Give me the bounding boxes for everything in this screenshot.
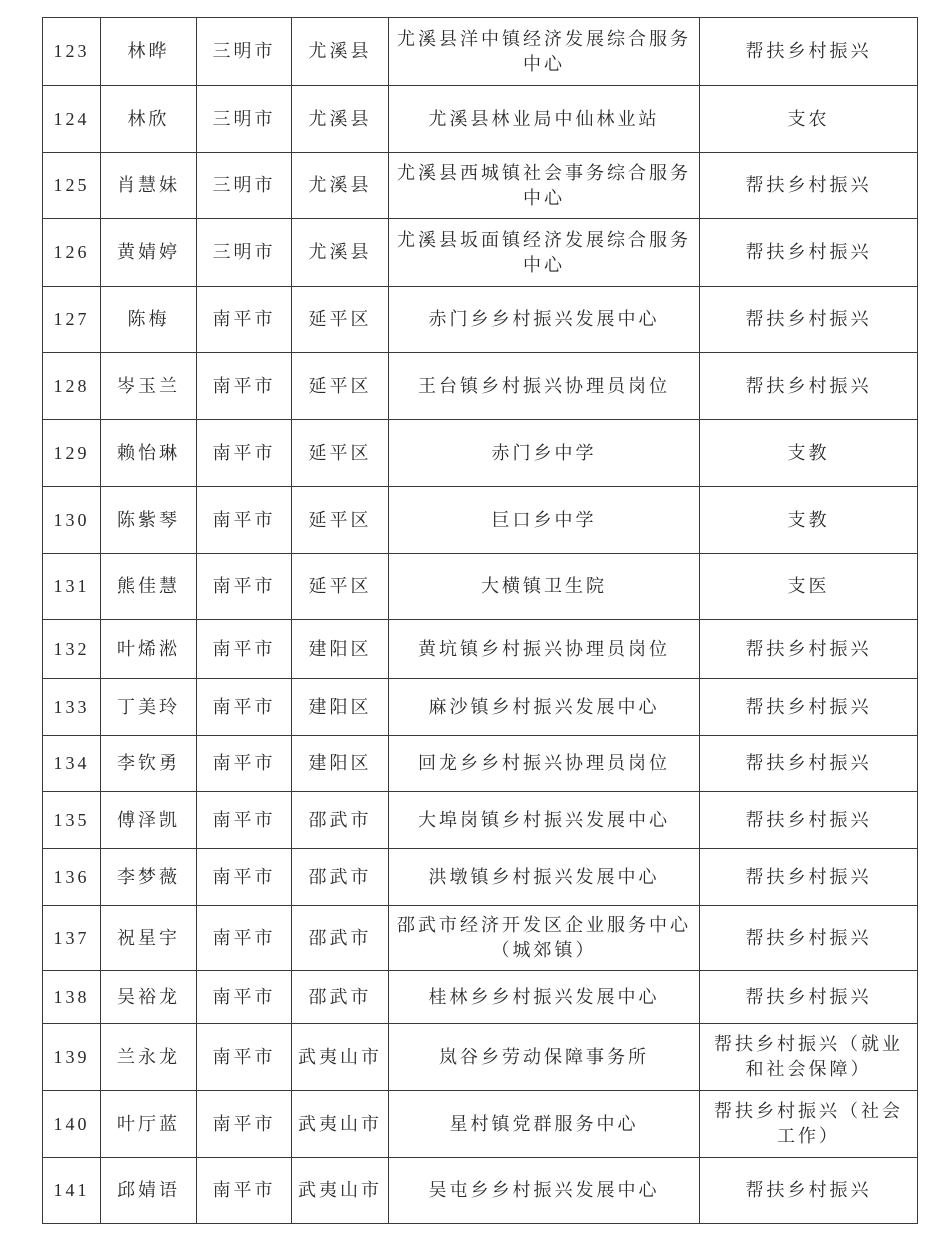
- cell-service-type: 支医: [700, 554, 918, 620]
- cell-name: 林欣: [101, 86, 197, 153]
- cell-service-unit: 邵武市经济开发区企业服务中心（城郊镇）: [389, 906, 700, 971]
- cell-service-unit: 尤溪县西城镇社会事务综合服务中心: [389, 153, 700, 219]
- cell-service-type: 帮扶乡村振兴: [700, 287, 918, 353]
- cell-number: 138: [43, 971, 101, 1024]
- cell-service-type: 帮扶乡村振兴: [700, 153, 918, 219]
- cell-service-unit: 尤溪县坂面镇经济发展综合服务中心: [389, 219, 700, 287]
- cell-number: 133: [43, 679, 101, 736]
- cell-city: 南平市: [197, 971, 292, 1024]
- cell-service-unit: 吴屯乡乡村振兴发展中心: [389, 1158, 700, 1224]
- cell-name: 邱婧语: [101, 1158, 197, 1224]
- cell-name: 肖慧妹: [101, 153, 197, 219]
- cell-number: 141: [43, 1158, 101, 1224]
- cell-service-unit: 大横镇卫生院: [389, 554, 700, 620]
- table-row: 139 兰永龙 南平市 武夷山市 岚谷乡劳动保障事务所 帮扶乡村振兴（就业和社会…: [43, 1024, 918, 1091]
- cell-service-type: 帮扶乡村振兴: [700, 1158, 918, 1224]
- cell-number: 132: [43, 620, 101, 679]
- cell-name: 李梦薇: [101, 849, 197, 906]
- cell-service-unit: 巨口乡中学: [389, 487, 700, 554]
- cell-county: 建阳区: [292, 736, 389, 792]
- cell-city: 南平市: [197, 487, 292, 554]
- cell-service-type: 帮扶乡村振兴: [700, 679, 918, 736]
- cell-number: 140: [43, 1091, 101, 1158]
- table-row: 141 邱婧语 南平市 武夷山市 吴屯乡乡村振兴发展中心 帮扶乡村振兴: [43, 1158, 918, 1224]
- cell-service-unit: 赤门乡乡村振兴发展中心: [389, 287, 700, 353]
- cell-service-unit: 岚谷乡劳动保障事务所: [389, 1024, 700, 1091]
- cell-service-unit: 洪墩镇乡村振兴发展中心: [389, 849, 700, 906]
- cell-service-unit: 王台镇乡村振兴协理员岗位: [389, 353, 700, 420]
- cell-county: 武夷山市: [292, 1024, 389, 1091]
- cell-number: 131: [43, 554, 101, 620]
- cell-service-unit: 大埠岗镇乡村振兴发展中心: [389, 792, 700, 849]
- cell-county: 尤溪县: [292, 219, 389, 287]
- cell-county: 邵武市: [292, 792, 389, 849]
- table-row: 124 林欣 三明市 尤溪县 尤溪县林业局中仙林业站 支农: [43, 86, 918, 153]
- cell-name: 叶厅蓝: [101, 1091, 197, 1158]
- cell-city: 三明市: [197, 18, 292, 86]
- cell-number: 135: [43, 792, 101, 849]
- cell-county: 邵武市: [292, 849, 389, 906]
- cell-name: 叶烯淞: [101, 620, 197, 679]
- cell-name: 祝星宇: [101, 906, 197, 971]
- cell-service-type: 帮扶乡村振兴: [700, 736, 918, 792]
- table-row: 123 林晔 三明市 尤溪县 尤溪县洋中镇经济发展综合服务中心 帮扶乡村振兴: [43, 18, 918, 86]
- table-row: 134 李钦勇 南平市 建阳区 回龙乡乡村振兴协理员岗位 帮扶乡村振兴: [43, 736, 918, 792]
- table-row: 131 熊佳慧 南平市 延平区 大横镇卫生院 支医: [43, 554, 918, 620]
- table-row: 128 岑玉兰 南平市 延平区 王台镇乡村振兴协理员岗位 帮扶乡村振兴: [43, 353, 918, 420]
- cell-service-type: 支教: [700, 487, 918, 554]
- cell-service-type: 支教: [700, 420, 918, 487]
- cell-county: 武夷山市: [292, 1091, 389, 1158]
- cell-city: 三明市: [197, 86, 292, 153]
- cell-service-unit: 尤溪县洋中镇经济发展综合服务中心: [389, 18, 700, 86]
- table-row: 133 丁美玲 南平市 建阳区 麻沙镇乡村振兴发展中心 帮扶乡村振兴: [43, 679, 918, 736]
- cell-name: 熊佳慧: [101, 554, 197, 620]
- cell-service-type: 帮扶乡村振兴: [700, 353, 918, 420]
- cell-county: 延平区: [292, 487, 389, 554]
- table-row: 129 赖怡琳 南平市 延平区 赤门乡中学 支教: [43, 420, 918, 487]
- cell-service-type: 帮扶乡村振兴（就业和社会保障）: [700, 1024, 918, 1091]
- cell-city: 南平市: [197, 736, 292, 792]
- cell-city: 南平市: [197, 287, 292, 353]
- table-row: 132 叶烯淞 南平市 建阳区 黄坑镇乡村振兴协理员岗位 帮扶乡村振兴: [43, 620, 918, 679]
- cell-number: 126: [43, 219, 101, 287]
- cell-number: 125: [43, 153, 101, 219]
- cell-city: 南平市: [197, 1024, 292, 1091]
- cell-service-unit: 桂林乡乡村振兴发展中心: [389, 971, 700, 1024]
- cell-county: 延平区: [292, 287, 389, 353]
- cell-county: 延平区: [292, 554, 389, 620]
- cell-county: 尤溪县: [292, 86, 389, 153]
- table-row: 125 肖慧妹 三明市 尤溪县 尤溪县西城镇社会事务综合服务中心 帮扶乡村振兴: [43, 153, 918, 219]
- cell-service-type: 帮扶乡村振兴: [700, 971, 918, 1024]
- cell-county: 建阳区: [292, 679, 389, 736]
- cell-name: 兰永龙: [101, 1024, 197, 1091]
- cell-service-unit: 黄坑镇乡村振兴协理员岗位: [389, 620, 700, 679]
- cell-name: 傅泽凯: [101, 792, 197, 849]
- table-body: 123 林晔 三明市 尤溪县 尤溪县洋中镇经济发展综合服务中心 帮扶乡村振兴 1…: [43, 18, 918, 1224]
- cell-number: 137: [43, 906, 101, 971]
- cell-service-unit: 回龙乡乡村振兴协理员岗位: [389, 736, 700, 792]
- cell-city: 南平市: [197, 906, 292, 971]
- cell-name: 赖怡琳: [101, 420, 197, 487]
- cell-number: 123: [43, 18, 101, 86]
- cell-service-type: 支农: [700, 86, 918, 153]
- cell-city: 南平市: [197, 1091, 292, 1158]
- table-row: 136 李梦薇 南平市 邵武市 洪墩镇乡村振兴发展中心 帮扶乡村振兴: [43, 849, 918, 906]
- cell-city: 南平市: [197, 1158, 292, 1224]
- cell-number: 130: [43, 487, 101, 554]
- cell-service-type: 帮扶乡村振兴: [700, 906, 918, 971]
- cell-county: 尤溪县: [292, 18, 389, 86]
- cell-county: 延平区: [292, 420, 389, 487]
- cell-service-type: 帮扶乡村振兴: [700, 219, 918, 287]
- cell-city: 南平市: [197, 420, 292, 487]
- table-row: 126 黄婧婷 三明市 尤溪县 尤溪县坂面镇经济发展综合服务中心 帮扶乡村振兴: [43, 219, 918, 287]
- cell-city: 南平市: [197, 849, 292, 906]
- cell-county: 建阳区: [292, 620, 389, 679]
- cell-city: 南平市: [197, 554, 292, 620]
- cell-service-type: 帮扶乡村振兴: [700, 792, 918, 849]
- cell-service-unit: 赤门乡中学: [389, 420, 700, 487]
- cell-service-type: 帮扶乡村振兴（社会工作）: [700, 1091, 918, 1158]
- cell-name: 岑玉兰: [101, 353, 197, 420]
- cell-county: 延平区: [292, 353, 389, 420]
- cell-name: 李钦勇: [101, 736, 197, 792]
- cell-number: 124: [43, 86, 101, 153]
- cell-service-unit: 星村镇党群服务中心: [389, 1091, 700, 1158]
- cell-number: 134: [43, 736, 101, 792]
- cell-county: 邵武市: [292, 971, 389, 1024]
- cell-city: 南平市: [197, 353, 292, 420]
- cell-name: 吴裕龙: [101, 971, 197, 1024]
- cell-service-unit: 麻沙镇乡村振兴发展中心: [389, 679, 700, 736]
- cell-name: 陈紫琴: [101, 487, 197, 554]
- cell-number: 139: [43, 1024, 101, 1091]
- cell-county: 尤溪县: [292, 153, 389, 219]
- cell-city: 三明市: [197, 153, 292, 219]
- table-row: 138 吴裕龙 南平市 邵武市 桂林乡乡村振兴发展中心 帮扶乡村振兴: [43, 971, 918, 1024]
- cell-service-type: 帮扶乡村振兴: [700, 18, 918, 86]
- table-row: 127 陈梅 南平市 延平区 赤门乡乡村振兴发展中心 帮扶乡村振兴: [43, 287, 918, 353]
- cell-service-type: 帮扶乡村振兴: [700, 620, 918, 679]
- table-row: 130 陈紫琴 南平市 延平区 巨口乡中学 支教: [43, 487, 918, 554]
- cell-city: 南平市: [197, 792, 292, 849]
- table-row: 140 叶厅蓝 南平市 武夷山市 星村镇党群服务中心 帮扶乡村振兴（社会工作）: [43, 1091, 918, 1158]
- cell-service-unit: 尤溪县林业局中仙林业站: [389, 86, 700, 153]
- cell-county: 武夷山市: [292, 1158, 389, 1224]
- cell-city: 南平市: [197, 679, 292, 736]
- cell-name: 黄婧婷: [101, 219, 197, 287]
- table-row: 135 傅泽凯 南平市 邵武市 大埠岗镇乡村振兴发展中心 帮扶乡村振兴: [43, 792, 918, 849]
- cell-name: 陈梅: [101, 287, 197, 353]
- cell-number: 136: [43, 849, 101, 906]
- cell-name: 林晔: [101, 18, 197, 86]
- cell-county: 邵武市: [292, 906, 389, 971]
- cell-service-type: 帮扶乡村振兴: [700, 849, 918, 906]
- cell-city: 三明市: [197, 219, 292, 287]
- table-row: 137 祝星宇 南平市 邵武市 邵武市经济开发区企业服务中心（城郊镇） 帮扶乡村…: [43, 906, 918, 971]
- cell-name: 丁美玲: [101, 679, 197, 736]
- cell-number: 128: [43, 353, 101, 420]
- cell-number: 129: [43, 420, 101, 487]
- personnel-table: 123 林晔 三明市 尤溪县 尤溪县洋中镇经济发展综合服务中心 帮扶乡村振兴 1…: [42, 17, 918, 1224]
- cell-city: 南平市: [197, 620, 292, 679]
- cell-number: 127: [43, 287, 101, 353]
